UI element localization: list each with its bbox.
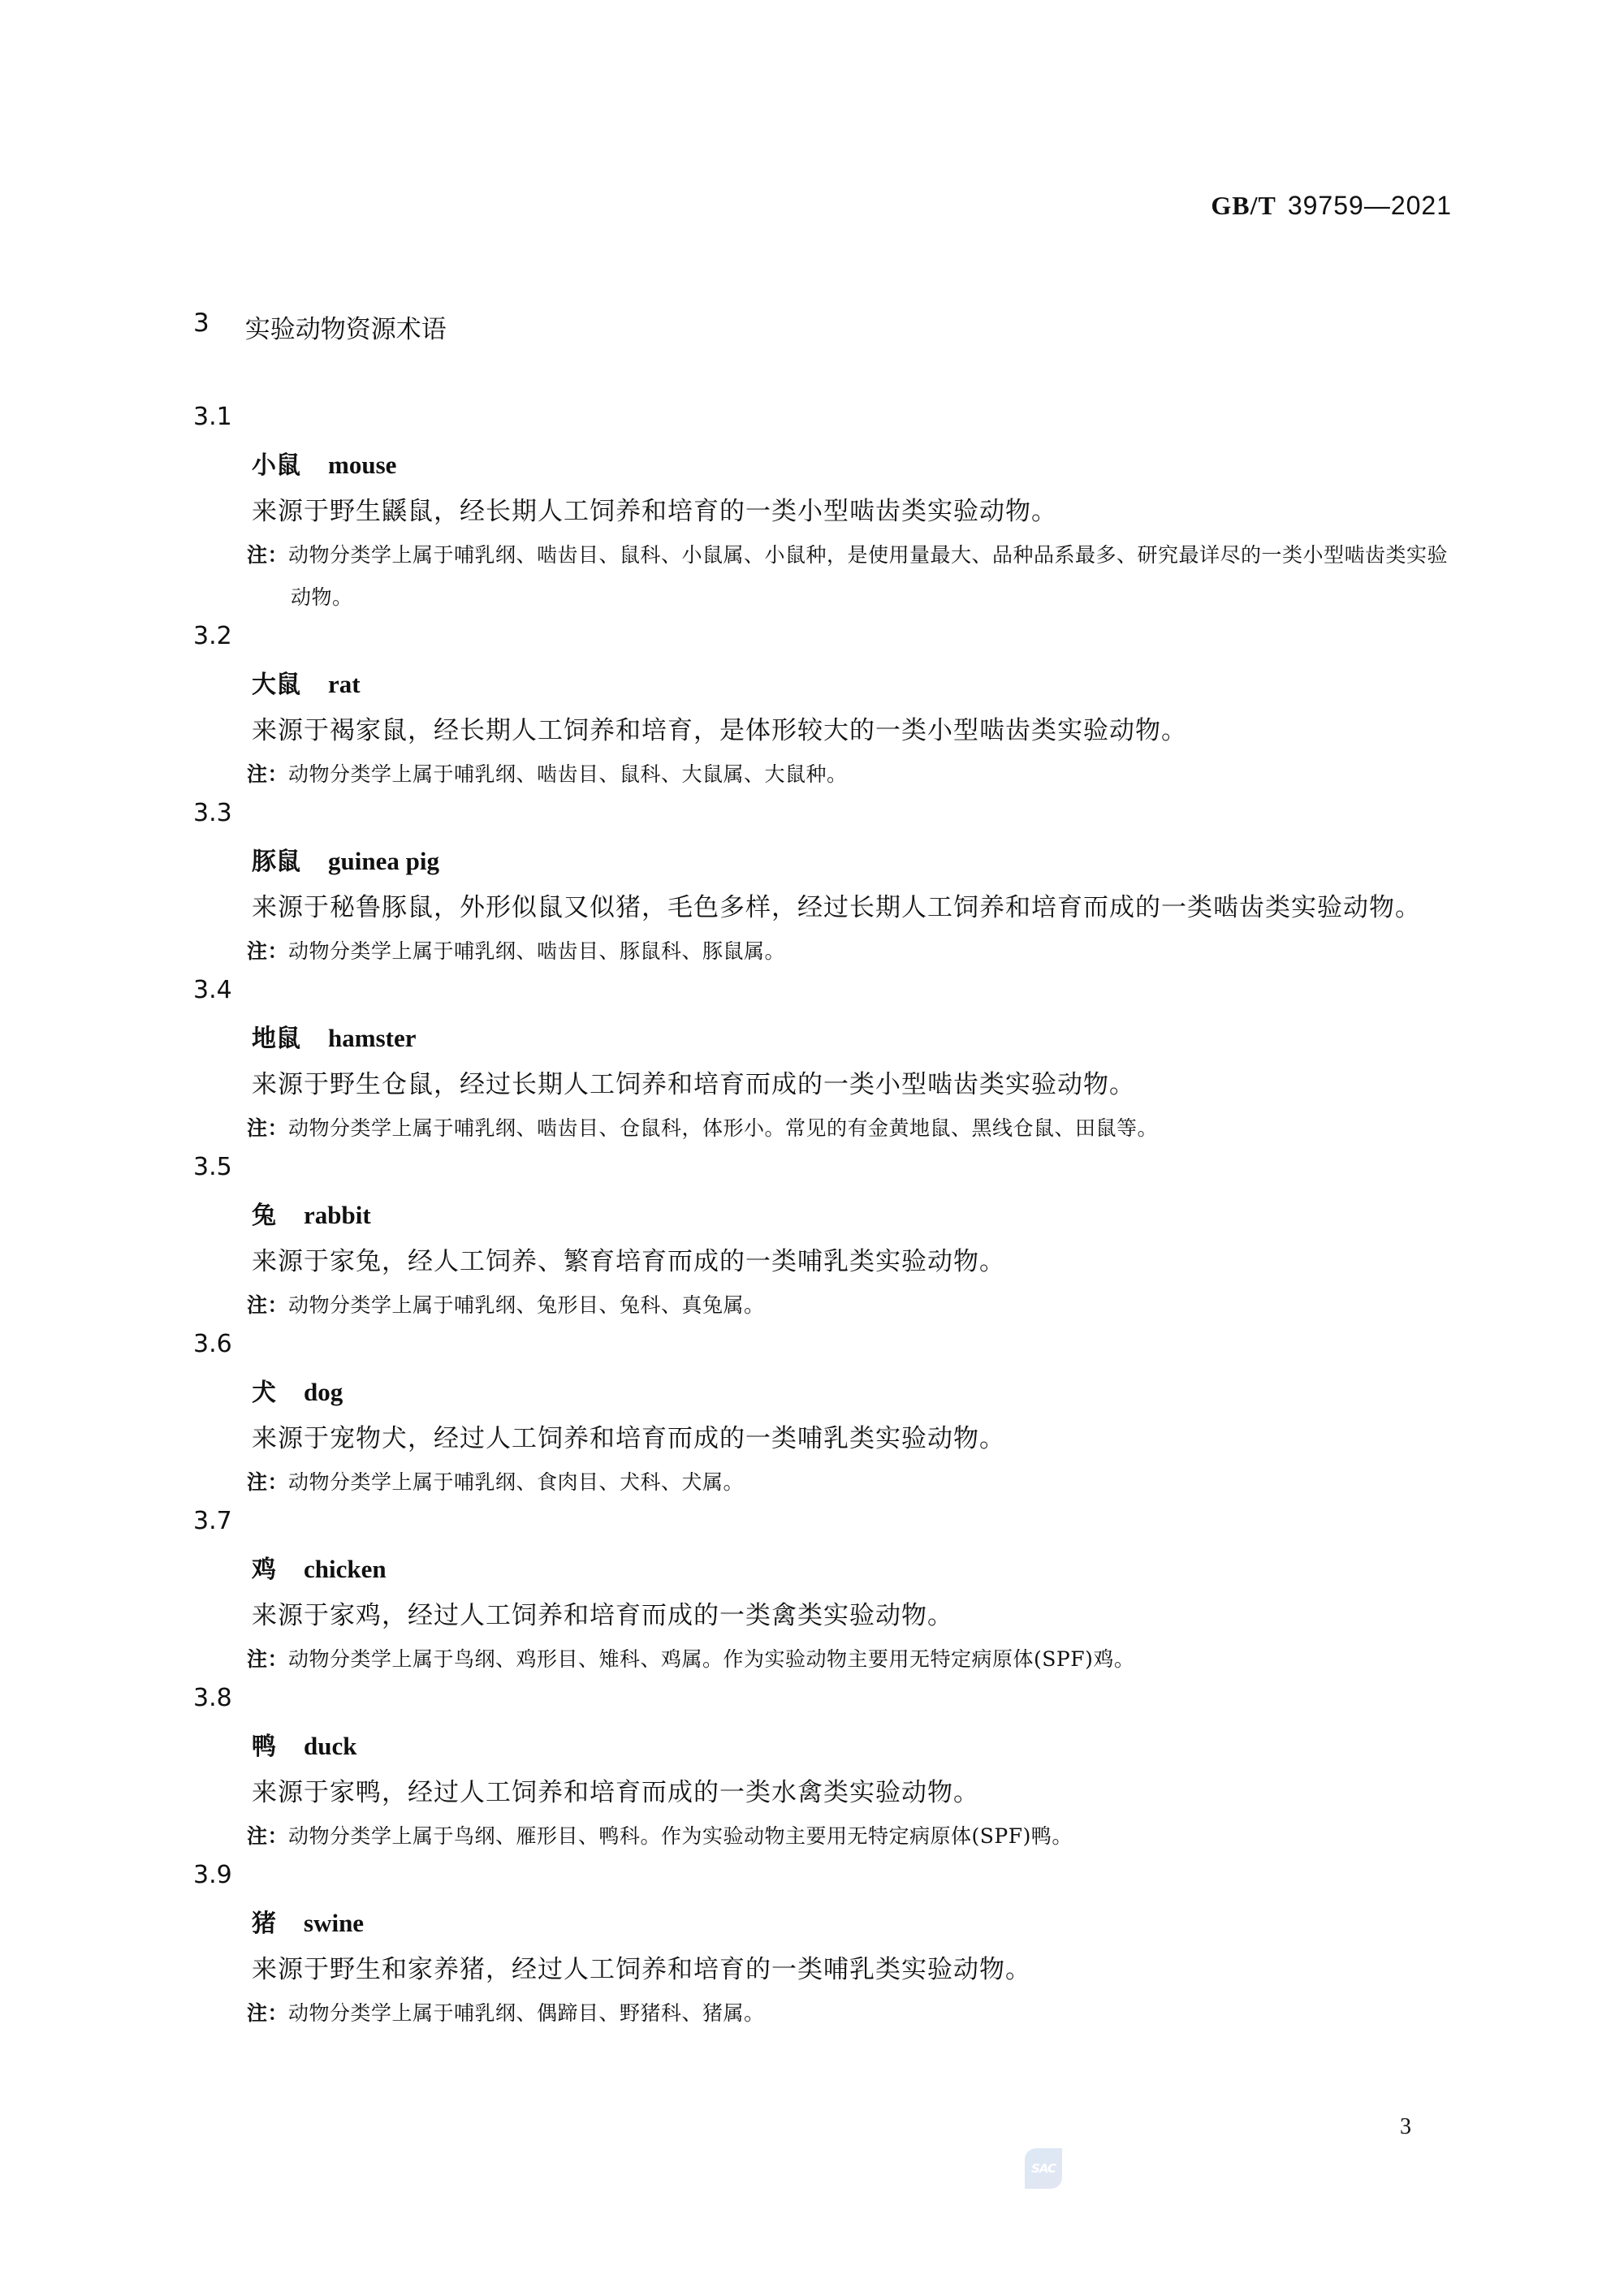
entry-number: 3.6 [193, 1327, 1452, 1372]
entry-number: 3.7 [193, 1504, 1452, 1549]
standard-code-header: GB/T39759—2021 [1211, 190, 1452, 221]
note-label: 注： [247, 939, 288, 963]
note-label: 注： [247, 1116, 288, 1140]
term-heading: 兔rabbit [252, 1195, 1452, 1239]
term-heading: 鸭duck [252, 1726, 1452, 1770]
term-en: rabbit [304, 1201, 371, 1229]
term-note: 注：动物分类学上属于哺乳纲、偶蹄目、野猪科、猪属。 [247, 1992, 1452, 2035]
term-heading: 小鼠mouse [252, 445, 1452, 489]
term-en: duck [304, 1732, 356, 1760]
term-note: 注：动物分类学上属于哺乳纲、啮齿目、鼠科、大鼠属、大鼠种。 [247, 753, 1452, 796]
term-zh: 猪 [252, 1910, 276, 1938]
term-heading: 猪swine [252, 1903, 1452, 1947]
term-zh: 犬 [252, 1379, 276, 1407]
term-note: 注：动物分类学上属于哺乳纲、兔形目、兔科、真兔属。 [247, 1284, 1452, 1327]
term-note: 注：动物分类学上属于哺乳纲、啮齿目、仓鼠科，体形小。常见的有金黄地鼠、黑线仓鼠、… [247, 1107, 1452, 1150]
note-label: 注： [247, 1470, 288, 1494]
term-entry: 3.5 兔rabbit 来源于家兔，经人工饲养、繁育培育而成的一类哺乳类实验动物… [193, 1150, 1452, 1327]
term-zh: 鸭 [252, 1733, 276, 1761]
entry-number: 3.5 [193, 1150, 1452, 1195]
term-zh: 兔 [252, 1202, 276, 1230]
note-label: 注： [247, 1293, 288, 1317]
note-text: 动物分类学上属于哺乳纲、兔形目、兔科、真兔属。 [288, 1293, 765, 1317]
term-note: 注：动物分类学上属于哺乳纲、啮齿目、豚鼠科、豚鼠属。 [247, 930, 1452, 973]
term-entry: 3.4 地鼠hamster 来源于野生仓鼠，经过长期人工饲养和培育而成的一类小型… [193, 973, 1452, 1150]
term-entry: 3.2 大鼠rat 来源于褐家鼠，经长期人工饲养和培育，是体形较大的一类小型啮齿… [193, 619, 1452, 796]
note-text: 动物分类学上属于哺乳纲、食肉目、犬科、犬属。 [288, 1470, 744, 1494]
logo-text: SAC [1031, 2161, 1056, 2176]
term-entry: 3.9 猪swine 来源于野生和家养猪，经过人工饲养和培育的一类哺乳类实验动物… [193, 1858, 1452, 2035]
term-definition: 来源于野生和家养猪，经过人工饲养和培育的一类哺乳类实验动物。 [193, 1947, 1452, 1992]
standard-prefix: GB/T [1211, 191, 1276, 220]
note-text: 动物分类学上属于鸟纲、雁形目、鸭科。作为实验动物主要用无特定病原体(SPF)鸭。 [288, 1824, 1073, 1848]
term-heading: 犬dog [252, 1372, 1452, 1416]
term-en: rat [328, 670, 361, 698]
note-label: 注： [247, 543, 288, 567]
note-label: 注： [247, 2001, 288, 2025]
entry-number: 3.3 [193, 796, 1452, 841]
chapter-title: 实验动物资源术语 [245, 309, 447, 345]
term-en: hamster [328, 1024, 416, 1052]
note-text: 动物分类学上属于哺乳纲、啮齿目、鼠科、大鼠属、大鼠种。 [288, 762, 848, 786]
term-heading: 地鼠hamster [252, 1018, 1452, 1062]
entry-number: 3.2 [193, 619, 1452, 664]
term-entry: 3.1 小鼠mouse 来源于野生鼷鼠，经长期人工饲养和培育的一类小型啮齿类实验… [193, 399, 1452, 619]
term-note: 注：动物分类学上属于鸟纲、鸡形目、雉科、鸡属。作为实验动物主要用无特定病原体(S… [247, 1638, 1452, 1681]
term-en: chicken [304, 1555, 387, 1583]
term-heading: 大鼠rat [252, 664, 1452, 708]
term-heading: 豚鼠guinea pig [252, 841, 1452, 885]
term-definition: 来源于家兔，经人工饲养、繁育培育而成的一类哺乳类实验动物。 [193, 1239, 1452, 1284]
standard-number: 39759—2021 [1288, 191, 1452, 220]
term-entry: 3.6 犬dog 来源于宠物犬，经过人工饲养和培育而成的一类哺乳类实验动物。 注… [193, 1327, 1452, 1504]
entry-number: 3.9 [193, 1858, 1452, 1903]
term-entry: 3.8 鸭duck 来源于家鸭，经过人工饲养和培育而成的一类水禽类实验动物。 注… [193, 1681, 1452, 1858]
term-definition: 来源于家鸡，经过人工饲养和培育而成的一类禽类实验动物。 [193, 1593, 1452, 1638]
page-number: 3 [1400, 2114, 1411, 2140]
chapter-heading: 3 实验动物资源术语 [193, 309, 447, 345]
term-en: dog [304, 1378, 343, 1406]
term-definition: 来源于野生仓鼠，经过长期人工饲养和培育而成的一类小型啮齿类实验动物。 [193, 1062, 1452, 1107]
term-en: swine [304, 1909, 364, 1937]
sac-logo-icon: SAC [1025, 2148, 1062, 2189]
note-text: 动物分类学上属于鸟纲、鸡形目、雉科、鸡属。作为实验动物主要用无特定病原体(SPF… [288, 1647, 1134, 1671]
term-entry: 3.3 豚鼠guinea pig 来源于秘鲁豚鼠，外形似鼠又似猪，毛色多样，经过… [193, 796, 1452, 973]
term-zh: 豚鼠 [252, 848, 300, 876]
term-zh: 小鼠 [252, 451, 300, 480]
entry-number: 3.4 [193, 973, 1452, 1018]
term-entries: 3.1 小鼠mouse 来源于野生鼷鼠，经长期人工饲养和培育的一类小型啮齿类实验… [193, 399, 1452, 2035]
note-text: 动物分类学上属于哺乳纲、啮齿目、豚鼠科、豚鼠属。 [288, 939, 785, 963]
term-entry: 3.7 鸡chicken 来源于家鸡，经过人工饲养和培育而成的一类禽类实验动物。… [193, 1504, 1452, 1681]
term-definition: 来源于褐家鼠，经长期人工饲养和培育，是体形较大的一类小型啮齿类实验动物。 [193, 708, 1452, 753]
note-text: 动物分类学上属于哺乳纲、啮齿目、鼠科、小鼠属、小鼠种，是使用量最大、品种品系最多… [288, 543, 1448, 609]
term-definition: 来源于秘鲁豚鼠，外形似鼠又似猪，毛色多样，经过长期人工饲养和培育而成的一类啮齿类… [193, 885, 1452, 930]
chapter-number: 3 [193, 309, 209, 345]
note-label: 注： [247, 762, 288, 786]
note-text: 动物分类学上属于哺乳纲、偶蹄目、野猪科、猪属。 [288, 2001, 765, 2025]
term-note: 注：动物分类学上属于哺乳纲、啮齿目、鼠科、小鼠属、小鼠种，是使用量最大、品种品系… [247, 534, 1452, 619]
term-en: mouse [328, 451, 396, 479]
note-label: 注： [247, 1647, 288, 1671]
note-label: 注： [247, 1824, 288, 1848]
entry-number: 3.8 [193, 1681, 1452, 1726]
term-definition: 来源于野生鼷鼠，经长期人工饲养和培育的一类小型啮齿类实验动物。 [193, 489, 1452, 534]
term-heading: 鸡chicken [252, 1549, 1452, 1593]
term-zh: 鸡 [252, 1556, 276, 1584]
term-en: guinea pig [328, 847, 439, 875]
term-definition: 来源于家鸭，经过人工饲养和培育而成的一类水禽类实验动物。 [193, 1770, 1452, 1815]
term-note: 注：动物分类学上属于哺乳纲、食肉目、犬科、犬属。 [247, 1461, 1452, 1504]
entry-number: 3.1 [193, 399, 1452, 445]
term-zh: 地鼠 [252, 1025, 300, 1053]
term-note: 注：动物分类学上属于鸟纲、雁形目、鸭科。作为实验动物主要用无特定病原体(SPF)… [247, 1815, 1452, 1858]
note-text: 动物分类学上属于哺乳纲、啮齿目、仓鼠科，体形小。常见的有金黄地鼠、黑线仓鼠、田鼠… [288, 1116, 1158, 1140]
term-zh: 大鼠 [252, 671, 300, 699]
term-definition: 来源于宠物犬，经过人工饲养和培育而成的一类哺乳类实验动物。 [193, 1416, 1452, 1461]
